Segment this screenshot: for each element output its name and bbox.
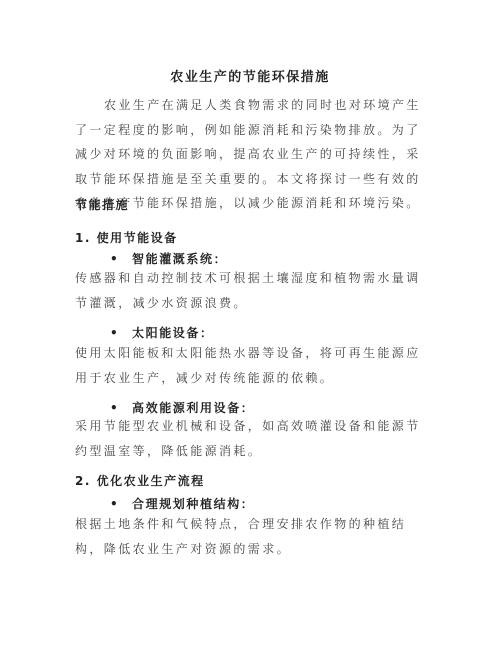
bullet-label: 太阳能设备： <box>132 326 214 340</box>
bullet-icon: • <box>110 326 132 340</box>
bullet-text: 传感器和自动控制技术可根据土壤湿度和植物需水量调节灌溉，减少水资源浪费。 <box>75 266 427 315</box>
subsection-heading-1: 1. 使用节能设备 <box>75 229 178 246</box>
bullet-label: 智能灌溉系统： <box>132 252 227 266</box>
document-title: 农业生产的节能环保措施 <box>0 66 500 85</box>
bullet-icon: • <box>110 252 132 266</box>
document-page: 农业生产的节能环保措施 农业生产在满足人类食物需求的同时也对环境产生了一定程度的… <box>0 0 500 647</box>
bullet-label: 高效能源利用设备： <box>132 401 254 415</box>
bullet-icon: • <box>110 497 132 511</box>
section-heading: 节能措施 <box>75 196 129 213</box>
bullet-label: 合理规划种植结构： <box>132 497 254 511</box>
bullet-text: 根据土地条件和气候特点，合理安排农作物的种植结构，降低农业生产对资源的需求。 <box>75 512 427 561</box>
bullet-item-smart-irrigation: •智能灌溉系统： <box>110 250 227 267</box>
bullet-icon: • <box>110 401 132 415</box>
bullet-text: 使用太阳能板和太阳能热水器等设备，将可再生能源应用于农业生产，减少对传统能源的依… <box>75 341 427 390</box>
bullet-text: 采用节能型农业机械和设备，如高效喷灌设备和能源节约型温室等，降低能源消耗。 <box>75 414 427 463</box>
bullet-item-solar: •太阳能设备： <box>110 324 214 341</box>
subsection-heading-2: 2. 优化农业生产流程 <box>75 472 205 489</box>
bullet-item-planting-structure: •合理规划种植结构： <box>110 495 254 512</box>
